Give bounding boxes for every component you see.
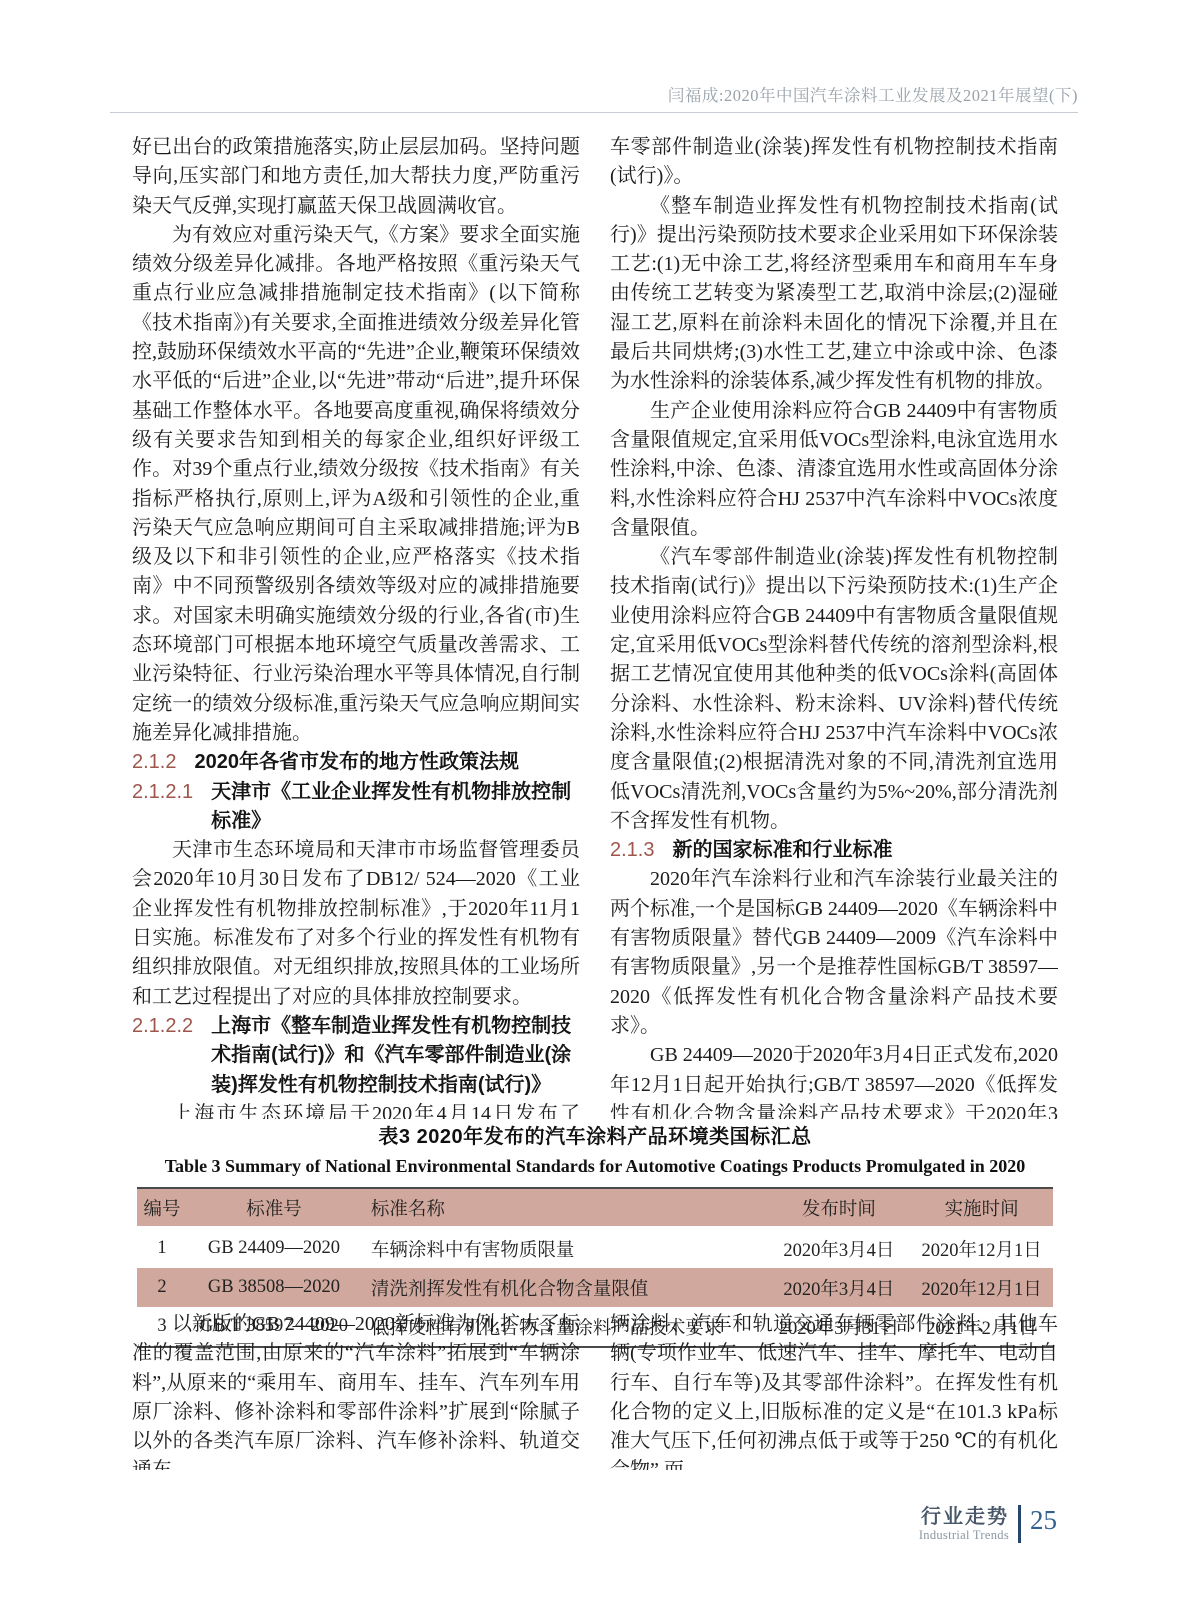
paragraph: 生产企业使用涂料应符合GB 24409中有害物质含量限值规定,宜采用低VOCs型… [610, 397, 1058, 543]
section-number: 2.1.2 [132, 748, 176, 777]
section-heading: 2.1.22020年各省市发布的地方性政策法规 [132, 748, 580, 777]
paragraph: 《整车制造业挥发性有机物控制技术指南(试行)》提出污染预防技术要求企业采用如下环… [610, 192, 1058, 397]
standards-table-header: 编号标准号标准名称发布时间实施时间 [137, 1188, 1053, 1228]
table-column-header: 实施时间 [910, 1188, 1053, 1228]
table-column-header: 发布时间 [768, 1188, 911, 1228]
paragraph: 辆涂料、汽车和轨道交通车辆零部件涂料、其他车辆(专项作业车、低速汽车、挂车、摩托… [610, 1310, 1058, 1470]
section-heading: 2.1.3新的国家标准和行业标准 [610, 836, 1058, 865]
running-title: 闫福成:2020年中国汽车涂料工业发展及2021年展望(下) [668, 82, 1078, 106]
table-column-header: 编号 [137, 1188, 187, 1228]
paragraph: 为有效应对重污染天气,《方案》要求全面实施绩效分级差异化减排。各地严格按照《重污… [132, 221, 580, 748]
page-footer: 行业走势 Industrial Trends 25 [919, 1505, 1057, 1543]
section-heading: 2.1.2.1天津市《工业企业挥发性有机物排放控制标准》 [132, 778, 580, 837]
table-column-header: 标准号 [187, 1188, 361, 1228]
table-cell-code: GB 38508—2020 [187, 1268, 361, 1307]
paragraph: 好已出台的政策措施落实,防止层层加码。坚持问题导向,压实部门和地方责任,加大帮扶… [132, 133, 580, 221]
table-cell-no: 2 [137, 1268, 187, 1307]
section-number: 2.1.2.1 [132, 778, 193, 837]
footer-divider-bar [1018, 1505, 1021, 1543]
main-text-upper: 好已出台的政策措施落实,防止层层加码。坚持问题导向,压实部门和地方责任,加大帮扶… [132, 133, 1058, 1119]
table-cell-effective: 2020年12月1日 [910, 1228, 1053, 1269]
paragraph: 上海市生态环境局于2020年4月14日发布了《整车制造业挥发性有机物控制技术指南… [132, 1100, 580, 1119]
table-cell-issued: 2020年3月4日 [768, 1268, 911, 1307]
section-number: 2.1.3 [610, 836, 654, 865]
table-row: 1GB 24409—2020车辆涂料中有害物质限量2020年3月4日2020年1… [137, 1228, 1053, 1269]
left-column-upper: 好已出台的政策措施落实,防止层层加码。坚持问题导向,压实部门和地方责任,加大帮扶… [132, 133, 580, 1119]
paragraph: 2020年汽车涂料行业和汽车涂装行业最关注的两个标准,一个是国标GB 24409… [610, 865, 1058, 1041]
section-heading: 2.1.2.2上海市《整车制造业挥发性有机物控制技术指南(试行)》和《汽车零部件… [132, 1012, 580, 1100]
section-title: 天津市《工业企业挥发性有机物排放控制标准》 [211, 778, 580, 837]
table-row: 2GB 38508—2020清洗剂挥发性有机化合物含量限值2020年3月4日20… [137, 1268, 1053, 1307]
table-cell-issued: 2020年3月4日 [768, 1228, 911, 1269]
table-cell-name: 清洗剂挥发性有机化合物含量限值 [361, 1268, 768, 1307]
section-title: 2020年各省市发布的地方性政策法规 [194, 748, 519, 777]
section-number: 2.1.2.2 [132, 1012, 193, 1100]
paragraph: GB 24409—2020于2020年3月4日正式发布,2020年12月1日起开… [610, 1041, 1058, 1119]
paragraph: 以新版的GB 24409—2020新标准为例,扩大了标准的覆盖范围,由原来的“汽… [132, 1310, 580, 1470]
header-rule [110, 112, 1078, 113]
left-column-lower: 以新版的GB 24409—2020新标准为例,扩大了标准的覆盖范围,由原来的“汽… [132, 1310, 580, 1470]
table-cell-no: 1 [137, 1228, 187, 1269]
section-title: 上海市《整车制造业挥发性有机物控制技术指南(试行)》和《汽车零部件制造业(涂装)… [211, 1012, 580, 1100]
paragraph: 天津市生态环境局和天津市市场监督管理委员会2020年10月30日发布了DB12/… [132, 836, 580, 1012]
footer-section: 行业走势 Industrial Trends [919, 1506, 1009, 1542]
main-text-lower: 以新版的GB 24409—2020新标准为例,扩大了标准的覆盖范围,由原来的“汽… [132, 1310, 1058, 1470]
table-cell-name: 车辆涂料中有害物质限量 [361, 1228, 768, 1269]
right-column-upper: 车零部件制造业(涂装)挥发性有机物控制技术指南(试行)》。《整车制造业挥发性有机… [610, 133, 1058, 1119]
paragraph: 《汽车零部件制造业(涂装)挥发性有机物控制技术指南(试行)》提出以下污染预防技术… [610, 543, 1058, 836]
table-cell-code: GB 24409—2020 [187, 1228, 361, 1269]
table3-title-cn: 表3 2020年发布的汽车涂料产品环境类国标汇总 [137, 1120, 1053, 1149]
footer-section-cn: 行业走势 [919, 1506, 1009, 1528]
paragraph: 车零部件制造业(涂装)挥发性有机物控制技术指南(试行)》。 [610, 133, 1058, 192]
table-column-header: 标准名称 [361, 1188, 768, 1228]
page-number: 25 [1030, 1505, 1057, 1535]
table3-title-en: Table 3 Summary of National Environmenta… [137, 1156, 1053, 1177]
footer-section-en: Industrial Trends [919, 1528, 1009, 1542]
right-column-lower: 辆涂料、汽车和轨道交通车辆零部件涂料、其他车辆(专项作业车、低速汽车、挂车、摩托… [610, 1310, 1058, 1470]
table-cell-effective: 2020年12月1日 [910, 1268, 1053, 1307]
section-title: 新的国家标准和行业标准 [672, 836, 892, 865]
